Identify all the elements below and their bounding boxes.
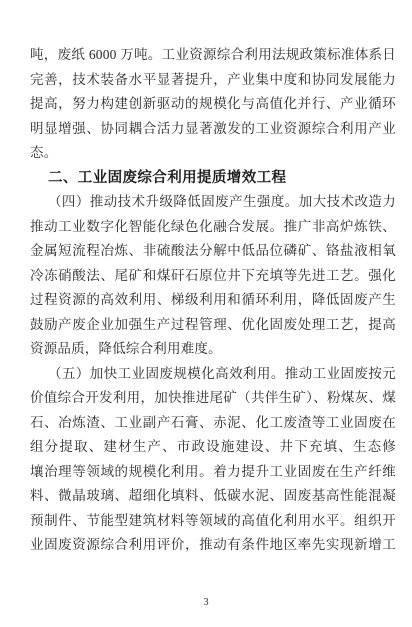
paragraph-first-line: （五）加快工业固废规模化高效利用。推动工业固废按元素 <box>30 362 396 387</box>
paragraph-line: 推动工业数字化智能化绿色化融合发展。推广非高炉炼铁、有色 <box>30 215 396 240</box>
text-block: 吨，废纸 6000 万吨。工业资源综合利用法规政策标准体系日益 完善，技术装备水… <box>30 43 396 558</box>
paragraph-line: 过程资源的高效利用、梯级利用和循环利用，降低固废产生强度。 <box>30 288 396 313</box>
paragraph-line: 明显增强、协同耦合活力显著激发的工业资源综合利用产业生 <box>30 117 396 142</box>
document-page: 吨，废纸 6000 万吨。工业资源综合利用法规政策标准体系日益 完善，技术装备水… <box>0 0 412 627</box>
paragraph-line: 金属短流程冶炼、非硫酸法分解中低品位磷矿、铬盐液相氧化、 <box>30 239 396 264</box>
paragraph-last-line: 态。 <box>30 141 396 166</box>
paragraph-line: 料、微晶玻璃、超细化填料、低碳水泥、固废基高性能混凝土、 <box>30 484 396 509</box>
paragraph-line: 石、冶炼渣、工业副产石膏、赤泥、化工废渣等工业固废在有价 <box>30 411 396 436</box>
paragraph-line: 价值综合开发利用，加快推进尾矿（共伴生矿）、粉煤灰、煤矸 <box>30 386 396 411</box>
paragraph-line: 预制件、节能型建筑材料等领域的高值化利用水平。组织开展工 <box>30 509 396 534</box>
section-heading: 二、工业固废综合利用提质增效工程 <box>30 166 396 191</box>
paragraph-line: 提高，努力构建创新驱动的规模化与高值化并行、产业循环链接 <box>30 92 396 117</box>
paragraph-line: 组分提取、建材生产、市政设施建设、井下充填、生态修复、土 <box>30 435 396 460</box>
paragraph-line: 完善，技术装备水平显著提升，产业集中度和协同发展能力大幅 <box>30 68 396 93</box>
paragraph-line: 壤治理等领域的规模化利用。着力提升工业固废在生产纤维材 <box>30 460 396 485</box>
page-number: 3 <box>0 597 412 608</box>
paragraph-line: 冷冻硝酸法、尾矿和煤矸石原位井下充填等先进工艺。强化生产 <box>30 264 396 289</box>
paragraph-last-line: 资源品质，降低综合利用难度。 <box>30 337 396 362</box>
paragraph-first-line: （四）推动技术升级降低固废产生强度。加大技术改造力度， <box>30 190 396 215</box>
paragraph-line: 业固废资源综合利用评价，推动有条件地区率先实现新增工业固 <box>30 533 396 558</box>
paragraph-line: 吨，废纸 6000 万吨。工业资源综合利用法规政策标准体系日益 <box>30 43 396 68</box>
paragraph-line: 鼓励产废企业加强生产过程管理、优化固废处理工艺，提高固废 <box>30 313 396 338</box>
